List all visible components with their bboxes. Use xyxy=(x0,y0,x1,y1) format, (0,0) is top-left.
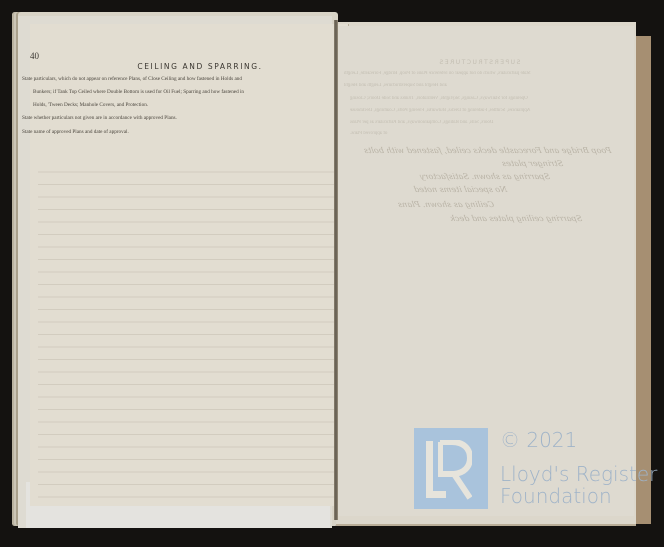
show-through-line: Doors, Sills, and Ratings, Companionways… xyxy=(350,120,493,125)
instruction-line: State name of approved Plans and date of… xyxy=(22,129,129,135)
show-through-handwriting: Ceiling as shown. Plans xyxy=(397,200,495,209)
watermark-copyright: © 2021 xyxy=(500,428,577,452)
show-through-line: Openings for Stairways, Casings, Skyligh… xyxy=(350,96,528,101)
show-through-handwriting: Stringer plates xyxy=(501,159,564,168)
show-through-handwriting: Sparring ceiling plates and deck xyxy=(449,214,583,223)
section-title: CEILING AND SPARRING. xyxy=(70,62,330,71)
lr-logo-icon xyxy=(414,428,488,509)
show-through-line: of approved Plans. xyxy=(350,131,387,136)
watermark-org-line1: Lloyd's Register xyxy=(500,462,657,486)
instruction-line: Bunkers; if Tank Top Ceiled where Double… xyxy=(33,89,244,95)
instruction-line: State whether particulars not given are … xyxy=(22,115,177,121)
instruction-line: State particulars, which do not appear o… xyxy=(22,76,242,82)
instruction-line: Holds, 'Tween Decks; Manhole Covers, and… xyxy=(33,102,148,108)
ledger-scan: 40 CEILING AND SPARRING. State particula… xyxy=(0,0,664,547)
ruled-lines xyxy=(38,160,344,500)
show-through-title: SUPERSTRUCTURES xyxy=(438,59,520,66)
show-through-handwriting: Poop Bridge and Forecastle decks ceiled,… xyxy=(363,146,612,155)
show-through-handwriting: Sparring as shown. Satisfactory xyxy=(419,172,551,181)
watermark-org-line2: Foundation xyxy=(500,484,612,508)
show-through-line: Appliances, Scuttles, Fastening of Decks… xyxy=(350,108,530,113)
show-through-line: State particulars, which do not appear o… xyxy=(344,71,530,76)
page-number: 40 xyxy=(30,51,39,61)
show-through-handwriting: No special items noted xyxy=(413,185,508,194)
lr-logo-r-glyph xyxy=(438,440,472,500)
show-through-line: and Height and Superstructures, Length a… xyxy=(344,83,447,88)
left-page: 40 CEILING AND SPARRING. State particula… xyxy=(30,24,349,506)
